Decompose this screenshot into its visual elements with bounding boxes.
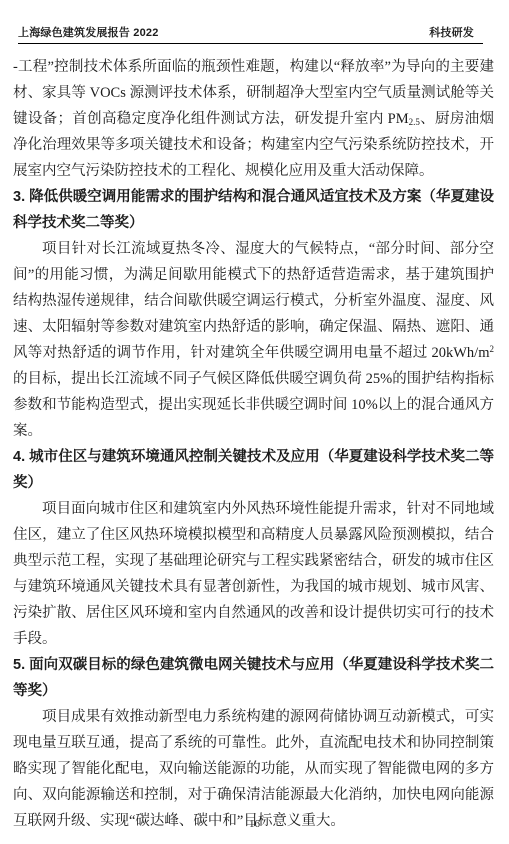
paragraph-award-5: 项目成果有效推动新型电力系统构建的源网荷储协调互动新模式，可实现电量互联互通，提…: [13, 704, 494, 834]
text-run: 4. 城市住区与建筑环境通风控制关键技术及应用（华夏建设科学技术奖二等奖）: [13, 449, 494, 491]
text-run: 项目面向城市住区和建筑室内外风热环境性能提升需求，针对不同地域住区，建立了住区风…: [13, 501, 494, 647]
paragraph-indoor-air-continuation: -工程”控制技术体系所面临的瓶颈性难题，构建以“释放率”为导向的主要建材、家具等…: [13, 54, 494, 184]
header-report-title: 上海绿色建筑发展报告 2022: [18, 24, 159, 40]
text-run-sub: 2.5: [409, 117, 420, 127]
document-page: 上海绿色建筑发展报告 2022 科技研发 -工程”控制技术体系所面临的瓶颈性难题…: [0, 0, 509, 844]
heading-award-4: 4. 城市住区与建筑环境通风控制关键技术及应用（华夏建设科学技术奖二等奖）: [13, 444, 494, 496]
page-number: 16: [0, 818, 509, 830]
text-run: 3. 降低供暖空调用能需求的围护结构和混合通风适宜技术及方案（华夏建设科学技术奖…: [13, 189, 494, 231]
header-section-label: 科技研发: [429, 24, 483, 40]
paragraph-award-4: 项目面向城市住区和建筑室内外风热环境性能提升需求，针对不同地域住区，建立了住区风…: [13, 496, 494, 652]
text-run: 项目针对长江流域夏热冬冷、湿度大的气候特点，“部分时间、部分空间”的用能习惯，为…: [13, 241, 494, 361]
page-header: 上海绿色建筑发展报告 2022 科技研发: [18, 24, 483, 44]
paragraph-award-3: 项目针对长江流域夏热冬冷、湿度大的气候特点，“部分时间、部分空间”的用能习惯，为…: [13, 236, 494, 444]
text-run: 5. 面向双碳目标的绿色建筑微电网关键技术与应用（华夏建设科学技术奖二等奖）: [13, 657, 494, 699]
heading-award-3: 3. 降低供暖空调用能需求的围护结构和混合通风适宜技术及方案（华夏建设科学技术奖…: [13, 184, 494, 236]
document-body: -工程”控制技术体系所面临的瓶颈性难题，构建以“释放率”为导向的主要建材、家具等…: [13, 54, 494, 834]
heading-award-5: 5. 面向双碳目标的绿色建筑微电网关键技术与应用（华夏建设科学技术奖二等奖）: [13, 652, 494, 704]
text-run: 的目标，提出长江流域不同子气候区降低供暖空调负荷 25%的围护结构指标参数和节能…: [13, 371, 494, 439]
text-run: 项目成果有效推动新型电力系统构建的源网荷储协调互动新模式，可实现电量互联互通，提…: [13, 709, 494, 829]
text-run-sup: 2: [490, 344, 495, 354]
